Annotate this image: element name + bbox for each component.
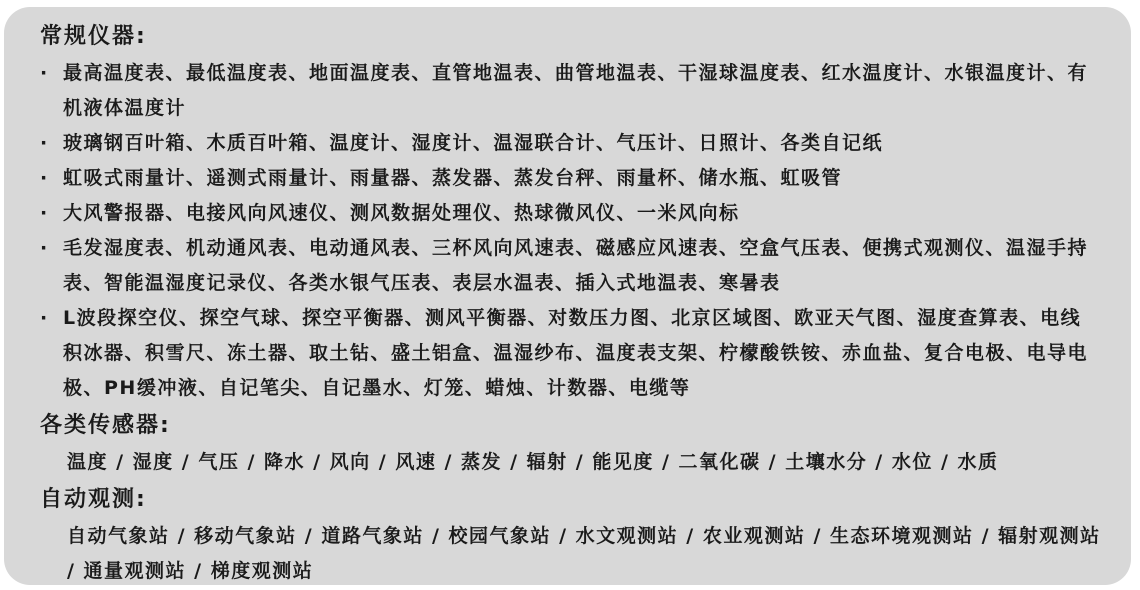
list-item-regular-2: · 玻璃钢百叶箱、木质百叶箱、温度计、湿度计、温湿联合计、气压计、日照计、各类自… [40, 126, 1101, 161]
sensors-list-line: 温度 / 湿度 / 气压 / 降水 / 风向 / 风速 / 蒸发 / 辐射 / … [67, 445, 1101, 480]
list-item-regular-4: · 大风警报器、电接风向风速仪、测风数据处理仪、热球微风仪、一米风向标 [40, 196, 1101, 231]
list-item-regular-1: · 最高温度表、最低温度表、地面温度表、直管地温表、曲管地温表、干湿球温度表、红… [40, 56, 1101, 126]
list-item-text: L波段探空仪、探空气球、探空平衡器、测风平衡器、对数压力图、北京区域图、欧亚天气… [63, 301, 1101, 406]
section-heading-sensors: 各类传感器: [40, 408, 1101, 443]
bullet-icon: · [40, 231, 63, 266]
list-item-text: 毛发湿度表、机动通风表、电动通风表、三杯风向风速表、磁感应风速表、空盒气压表、便… [63, 231, 1101, 301]
bullet-icon: · [40, 196, 63, 231]
bullet-icon: · [40, 56, 63, 91]
section-heading-regular-instruments: 常规仪器: [40, 19, 1101, 54]
list-item-regular-3: · 虹吸式雨量计、遥测式雨量计、雨量器、蒸发器、蒸发台秤、雨量杯、储水瓶、虹吸管 [40, 161, 1101, 196]
instrument-list-panel: 常规仪器: · 最高温度表、最低温度表、地面温度表、直管地温表、曲管地温表、干湿… [4, 7, 1131, 585]
section-heading-auto-observation: 自动观测: [40, 482, 1101, 517]
list-item-text: 虹吸式雨量计、遥测式雨量计、雨量器、蒸发器、蒸发台秤、雨量杯、储水瓶、虹吸管 [63, 161, 1101, 196]
list-item-text: 玻璃钢百叶箱、木质百叶箱、温度计、湿度计、温湿联合计、气压计、日照计、各类自记纸 [63, 126, 1101, 161]
list-item-text: 最高温度表、最低温度表、地面温度表、直管地温表、曲管地温表、干湿球温度表、红水温… [63, 56, 1101, 126]
auto-observation-list-line: 自动气象站 / 移动气象站 / 道路气象站 / 校园气象站 / 水文观测站 / … [67, 519, 1101, 585]
list-item-text: 大风警报器、电接风向风速仪、测风数据处理仪、热球微风仪、一米风向标 [63, 196, 1101, 231]
bullet-icon: · [40, 161, 63, 196]
list-item-regular-6: · L波段探空仪、探空气球、探空平衡器、测风平衡器、对数压力图、北京区域图、欧亚… [40, 301, 1101, 406]
list-item-regular-5: · 毛发湿度表、机动通风表、电动通风表、三杯风向风速表、磁感应风速表、空盒气压表… [40, 231, 1101, 301]
bullet-icon: · [40, 126, 63, 161]
bullet-icon: · [40, 301, 63, 336]
